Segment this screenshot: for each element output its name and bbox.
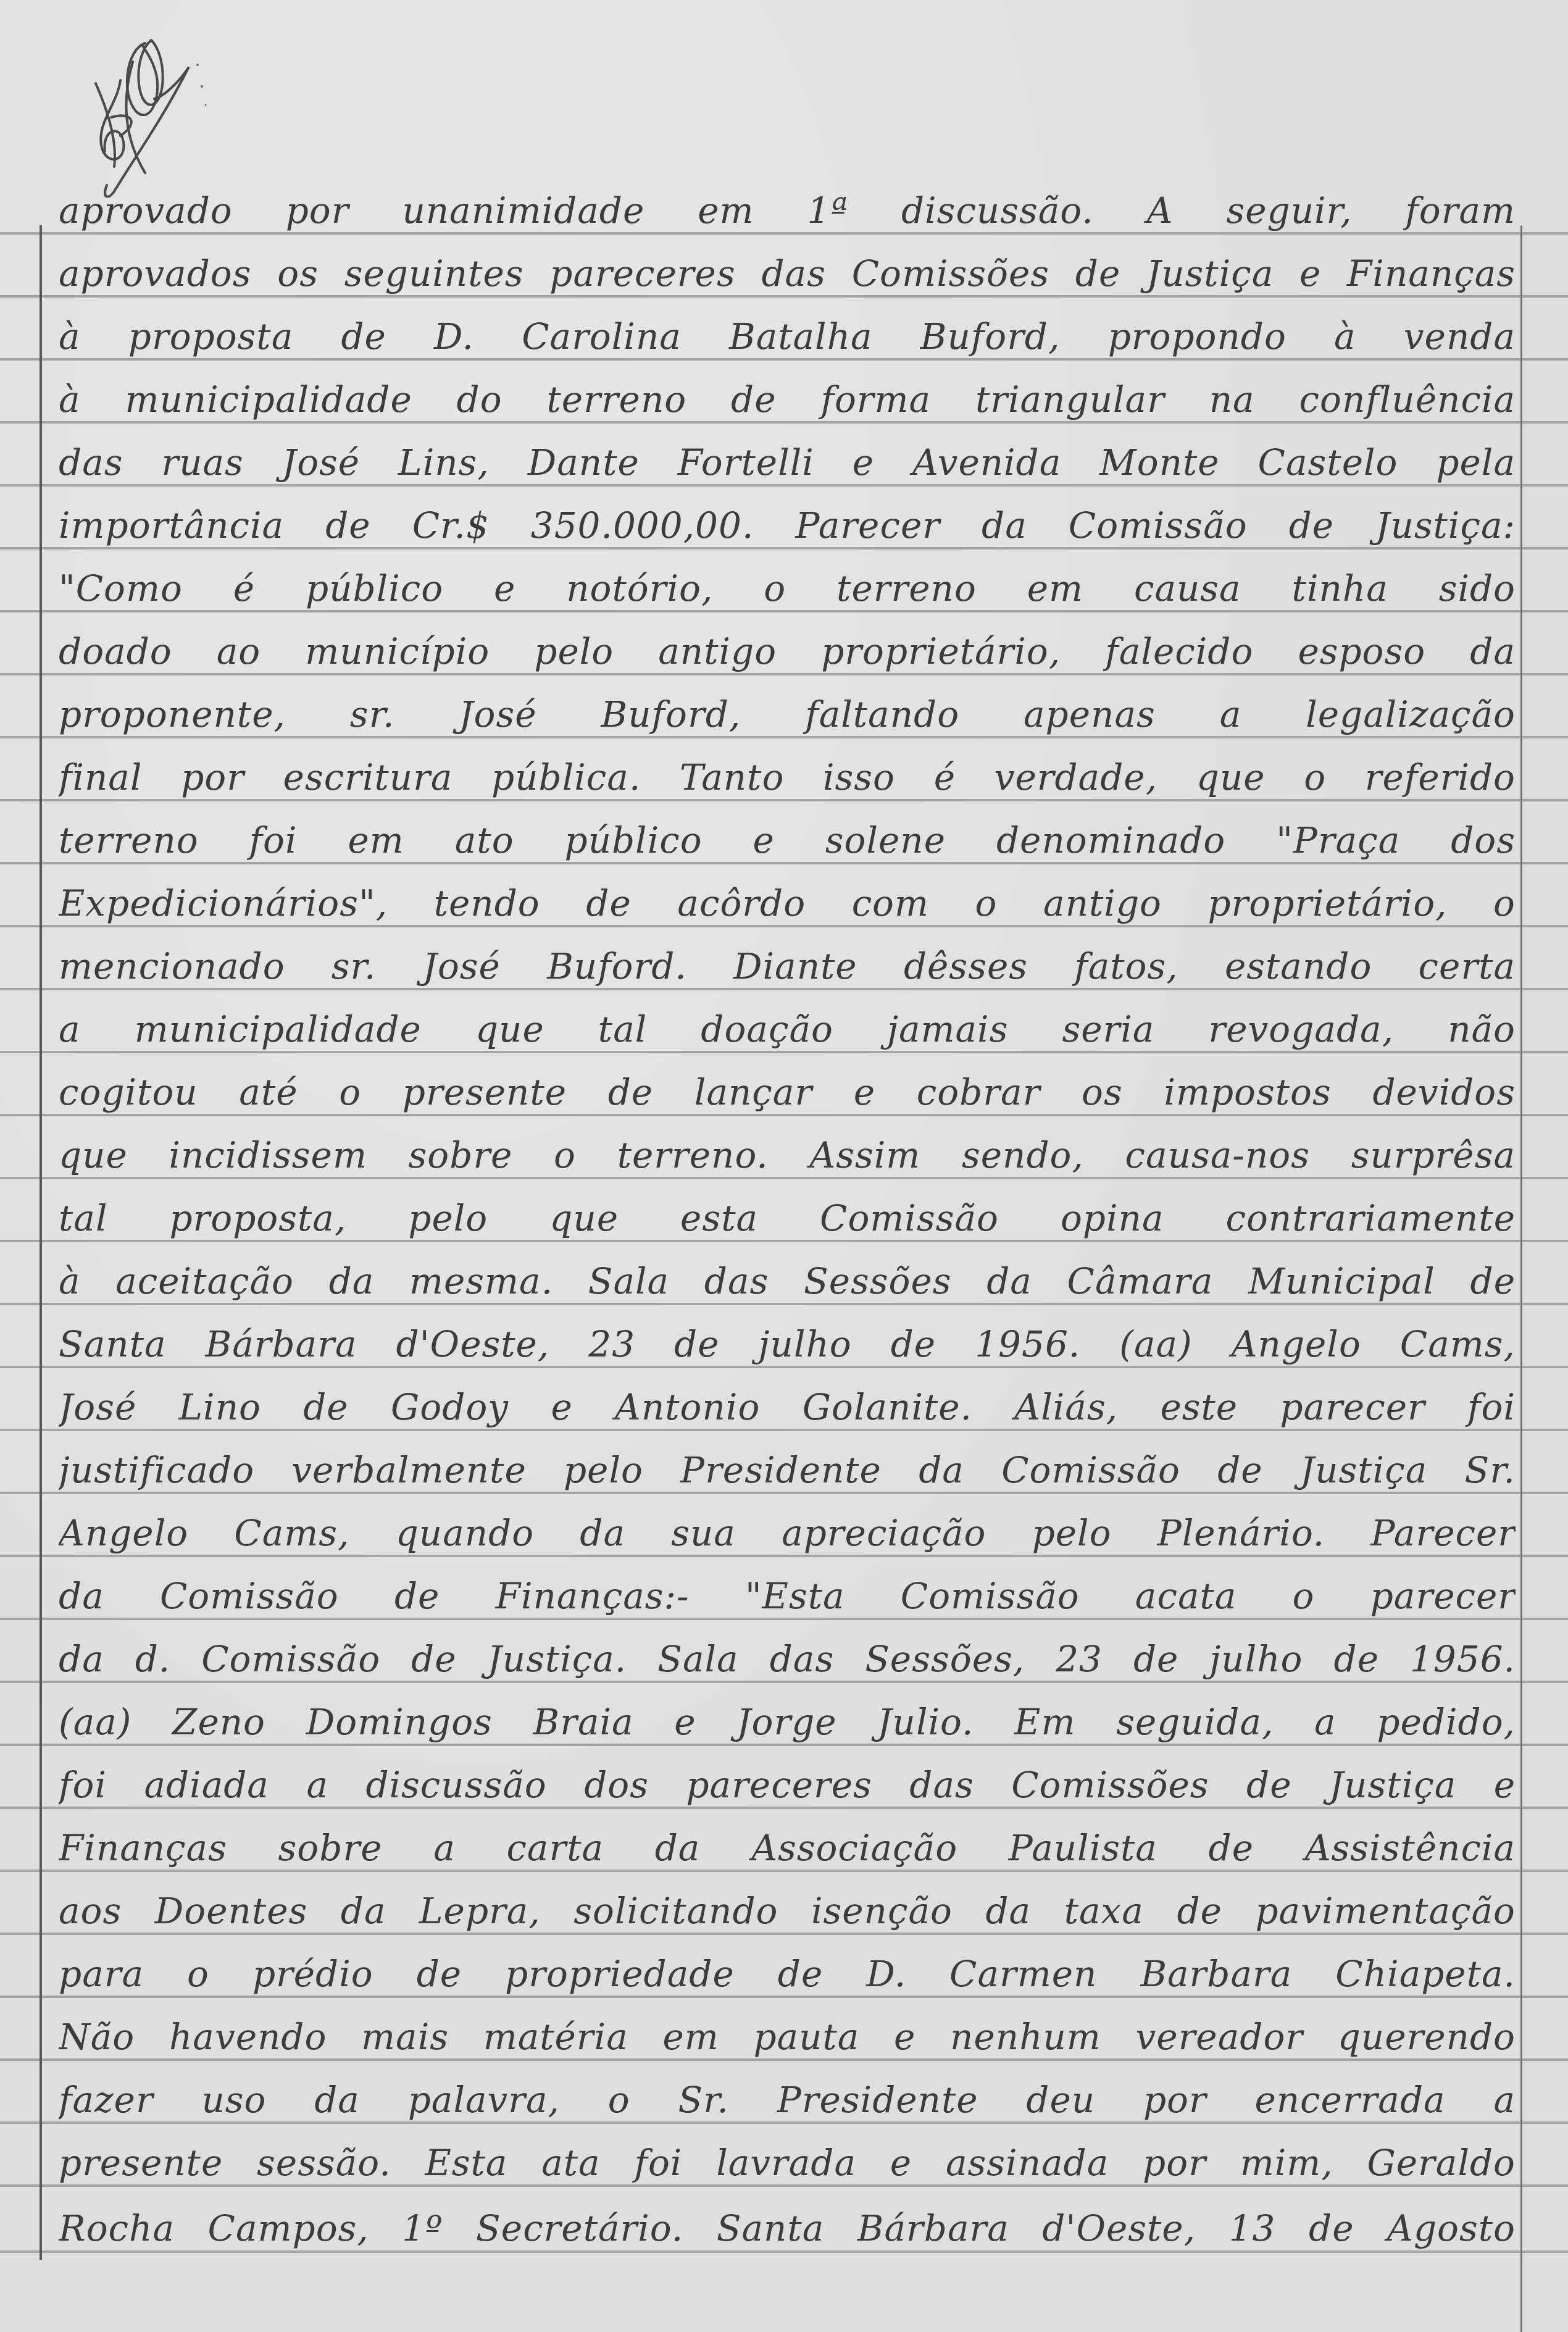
- text-line: foi adiada a discussão dos pareceres das…: [59, 1749, 1516, 1808]
- text-line: cogitou até o presente de lançar e cobra…: [59, 1056, 1516, 1115]
- text-line: tal proposta, pelo que esta Comissão opi…: [59, 1182, 1516, 1241]
- text-line: Expedicionários", tendo de acôrdo com o …: [59, 867, 1516, 926]
- text-line: das ruas José Lins, Dante Fortelli e Ave…: [59, 426, 1516, 485]
- text-line: Angelo Cams, quando da sua apreciação pe…: [59, 1497, 1516, 1556]
- text-line: presente sessão. Esta ata foi lavrada e …: [59, 2126, 1516, 2186]
- text-line: final por escritura pública. Tanto isso …: [59, 741, 1516, 800]
- margin-initials-signature: rubrica: [59, 19, 207, 198]
- text-line: "Como é público e notório, o terreno em …: [59, 552, 1516, 611]
- text-line: José Lino de Godoy e Antonio Golanite. A…: [59, 1371, 1516, 1430]
- text-line: à proposta de D. Carolina Batalha Buford…: [59, 300, 1516, 359]
- text-line: proponente, sr. José Buford, faltando ap…: [59, 678, 1516, 737]
- signature-scribble-icon: [59, 19, 207, 198]
- text-line: Finanças sobre a carta da Associação Pau…: [59, 1812, 1516, 1871]
- text-line: a municipalidade que tal doação jamais s…: [59, 993, 1516, 1052]
- text-line: doado ao município pelo antigo proprietá…: [59, 615, 1516, 674]
- text-line: Não havendo mais matéria em pauta e nenh…: [59, 2000, 1516, 2060]
- right-margin-line: [1520, 225, 1522, 2332]
- text-line: mencionado sr. José Buford. Diante dêsse…: [59, 930, 1516, 989]
- text-line: para o prédio de propriedade de D. Carme…: [59, 1937, 1516, 1997]
- text-line: terreno foi em ato público e solene deno…: [59, 804, 1516, 863]
- text-line: Rocha Campos, 1º Secretário. Santa Bárba…: [59, 2192, 1516, 2251]
- document-page: rubrica: [0, 0, 1568, 2332]
- text-line: da d. Comissão de Justiça. Sala das Sess…: [59, 1623, 1516, 1682]
- text-line: (aa) Zeno Domingos Braia e Jorge Julio. …: [59, 1686, 1516, 1745]
- text-line: justificado verbalmente pelo Presidente …: [59, 1434, 1516, 1493]
- text-line: Santa Bárbara d'Oeste, 23 de julho de 19…: [59, 1308, 1516, 1367]
- text-line: importância de Cr.$ 350.000,00. Parecer …: [59, 489, 1516, 548]
- text-line: fazer uso da palavra, o Sr. Presidente d…: [59, 2063, 1516, 2123]
- text-line: à aceitação da mesma. Sala das Sessões d…: [59, 1245, 1516, 1304]
- text-line: aprovados os seguintes pareceres das Com…: [59, 237, 1516, 296]
- text-line: que incidissem sobre o terreno. Assim se…: [59, 1119, 1516, 1178]
- left-margin-line: [40, 225, 42, 2260]
- text-line: à municipalidade do terreno de forma tri…: [59, 363, 1516, 422]
- text-line: aos Doentes da Lepra, solicitando isençã…: [59, 1874, 1516, 1934]
- text-line: aprovado por unanimidade em 1ª discussão…: [59, 174, 1516, 233]
- text-line: da Comissão de Finanças:- "Esta Comissão…: [59, 1560, 1516, 1619]
